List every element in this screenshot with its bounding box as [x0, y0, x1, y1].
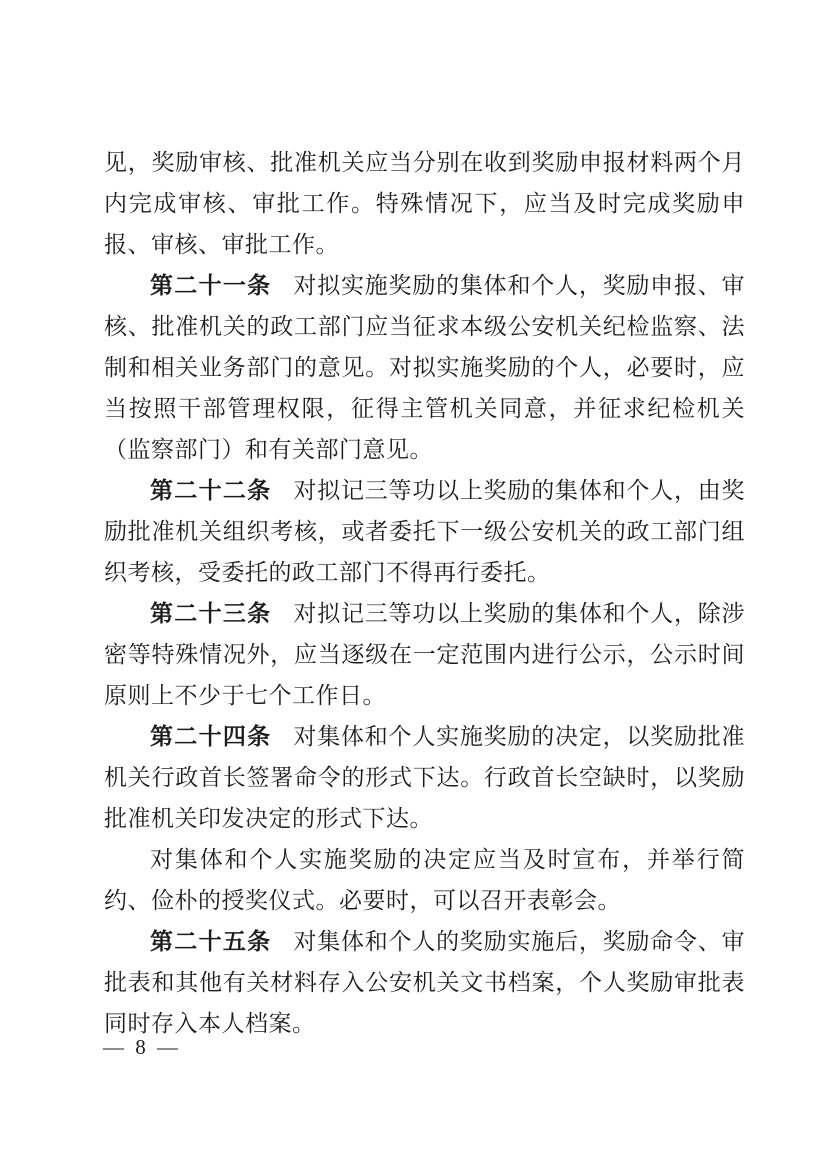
paragraph-article-21: 第二十一条对拟实施奖励的集体和个人，奖励申报、审核、批准机关的政工部门应当征求本… [104, 265, 745, 470]
document-body: 见，奖励审核、批准机关应当分别在收到奖励申报材料两个月内完成审核、审批工作。特殊… [104, 142, 745, 1044]
document-page: 见，奖励审核、批准机关应当分别在收到奖励申报材料两个月内完成审核、审批工作。特殊… [0, 0, 826, 1169]
paragraph-article-24: 第二十四条对集体和个人实施奖励的决定，以奖励批准机关行政首长签署命令的形式下达。… [104, 716, 745, 839]
article-number: 第二十二条 [150, 477, 271, 503]
paragraph-article-23: 第二十三条对拟记三等功以上奖励的集体和个人，除涉密等特殊情况外，应当逐级在一定范… [104, 593, 745, 716]
paragraph-text: 对集体和个人实施奖励的决定应当及时宣布，并举行简约、俭朴的授奖仪式。必要时，可以… [104, 847, 745, 913]
article-number: 第二十四条 [150, 723, 271, 749]
paragraph-text: 见，奖励审核、批准机关应当分别在收到奖励申报材料两个月内完成审核、审批工作。特殊… [104, 150, 745, 257]
paragraph-article-25: 第二十五条对集体和个人的奖励实施后，奖励命令、审批表和其他有关材料存入公安机关文… [104, 921, 745, 1044]
page-number: — 8 — [103, 1033, 181, 1061]
paragraph-continuation: 见，奖励审核、批准机关应当分别在收到奖励申报材料两个月内完成审核、审批工作。特殊… [104, 142, 745, 265]
article-number: 第二十三条 [150, 600, 271, 626]
paragraph-article-22: 第二十二条对拟记三等功以上奖励的集体和个人，由奖励批准机关组织考核，或者委托下一… [104, 470, 745, 593]
paragraph-text: 对拟实施奖励的集体和个人，奖励申报、审核、批准机关的政工部门应当征求本级公安机关… [104, 273, 745, 462]
article-number: 第二十五条 [150, 928, 271, 954]
paragraph-plain: 对集体和个人实施奖励的决定应当及时宣布，并举行简约、俭朴的授奖仪式。必要时，可以… [104, 839, 745, 921]
article-number: 第二十一条 [150, 272, 271, 298]
